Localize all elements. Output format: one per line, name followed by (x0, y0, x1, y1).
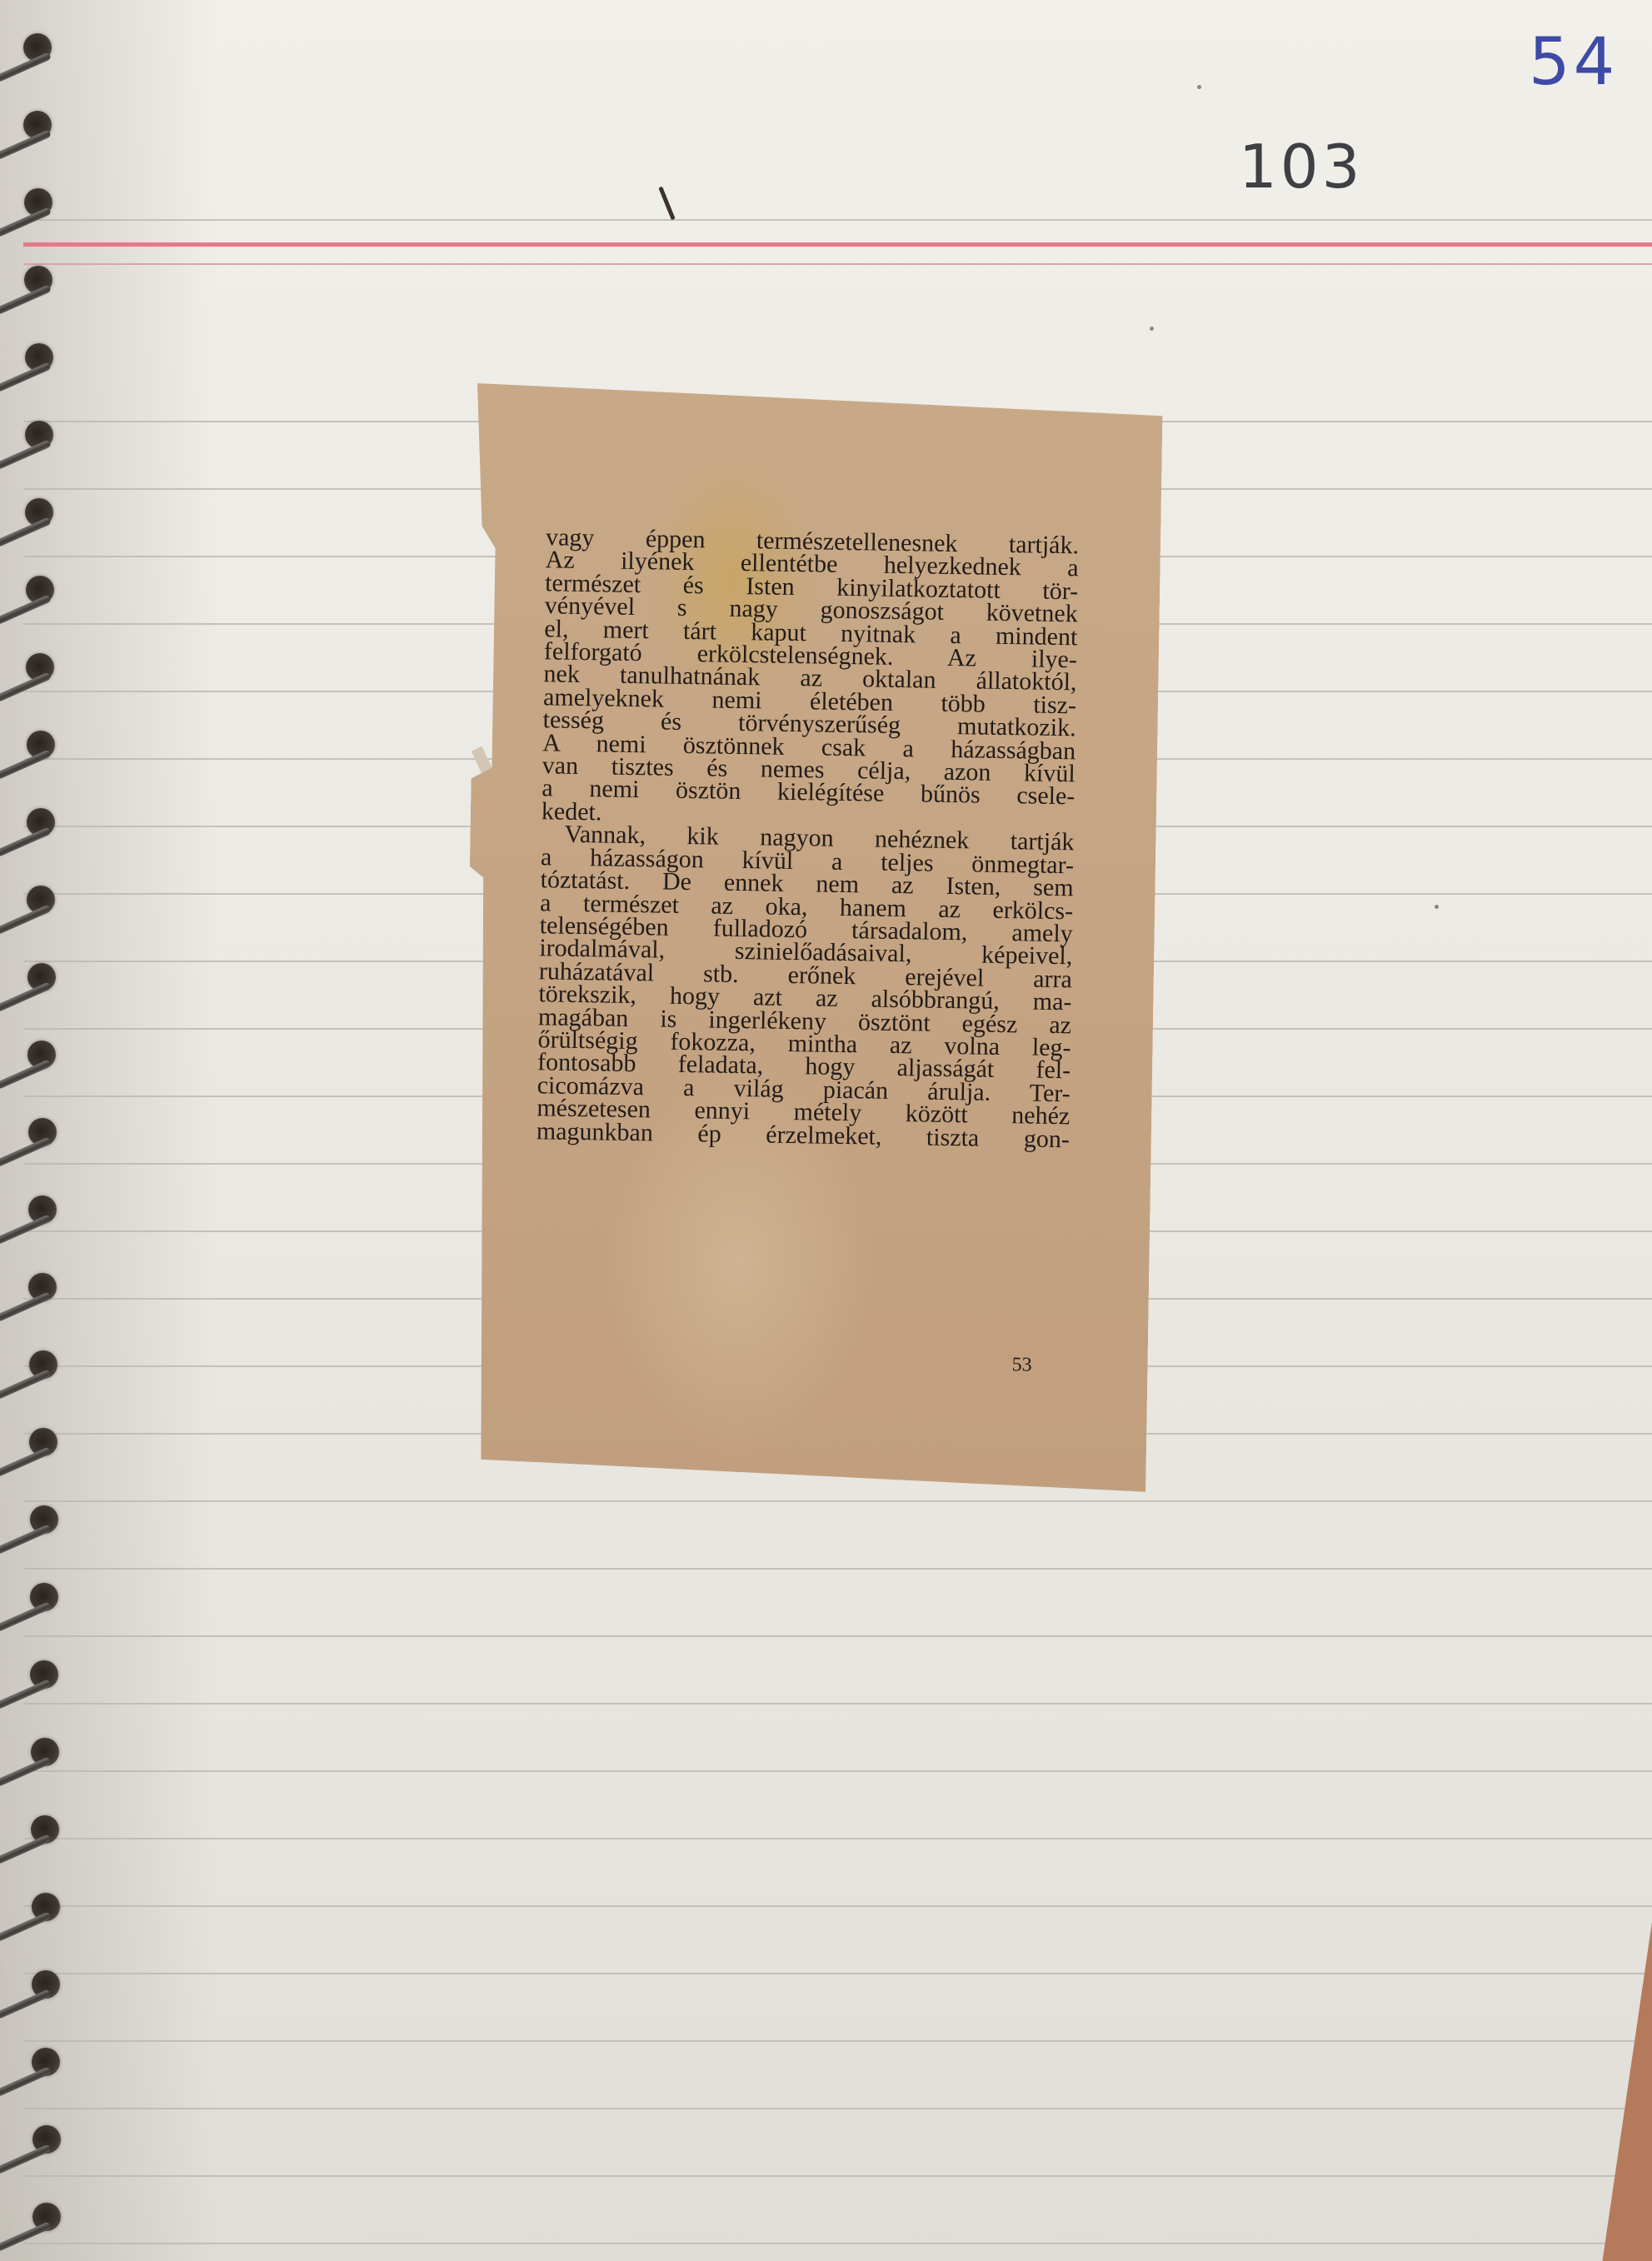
ruled-line (23, 1770, 1652, 1772)
spiral-binding (0, 0, 100, 2261)
spiral-wire-coil (0, 749, 52, 780)
paper-speck (1197, 85, 1201, 89)
ruled-line (23, 1635, 1652, 1637)
spiral-wire-coil (0, 594, 52, 625)
spiral-wire-coil (0, 1601, 52, 1632)
spiral-wire-coil (0, 1291, 52, 1322)
spiral-wire-coil (0, 52, 52, 82)
spiral-wire-coil (0, 1834, 52, 1864)
ruled-line (23, 1568, 1652, 1570)
spiral-wire-coil (0, 904, 52, 935)
ruled-line (23, 1838, 1652, 1839)
pasted-book-clipping: vagy éppen természetellenesnek tartják.A… (460, 383, 1163, 1492)
spiral-wire-coil (0, 2221, 52, 2252)
spiral-wire-coil (0, 362, 52, 392)
ruled-line (23, 2040, 1652, 2042)
spiral-wire-coil (0, 1446, 52, 1477)
spiral-wire-coil (0, 284, 52, 315)
paper-speck (1150, 327, 1154, 331)
spiral-wire-coil (0, 1756, 52, 1787)
printed-page-number: 53 (1011, 1354, 1031, 1376)
ruled-line (23, 1973, 1652, 1974)
pencil-mark (658, 187, 675, 221)
header-margin-line (23, 242, 1652, 247)
spiral-wire-coil (0, 1059, 52, 1090)
clipping-text: vagy éppen természetellenesnek tartják.A… (537, 526, 1080, 1150)
handwritten-page-number-pencil: 103 (1239, 132, 1363, 202)
spiral-wire-coil (0, 129, 52, 160)
handwritten-page-number-ink: 54 (1529, 25, 1618, 100)
spiral-wire-coil (0, 981, 52, 1012)
spiral-wire-coil (0, 207, 52, 237)
paper-speck (1435, 905, 1439, 909)
ruled-line (23, 2108, 1652, 2109)
ruled-line (23, 1703, 1652, 1704)
spiral-wire-coil (0, 1369, 52, 1400)
spiral-wire-coil (0, 826, 52, 857)
spiral-wire-coil (0, 439, 52, 470)
spiral-wire-coil (0, 1524, 52, 1555)
spiral-wire-coil (0, 1989, 52, 2019)
ruled-line (23, 2175, 1652, 2177)
spiral-wire-coil (0, 1214, 52, 1245)
spiral-wire-coil (0, 671, 52, 702)
spiral-wire-coil (0, 2144, 52, 2174)
ruled-line (23, 2243, 1652, 2244)
ruled-line (23, 1500, 1652, 1502)
spiral-wire-coil (0, 1911, 52, 1942)
paragraph-1: vagy éppen természetellenesnek tartják.A… (542, 526, 1080, 831)
spiral-wire-coil (0, 1679, 52, 1709)
paragraph-2: Vannak, kik nagyon nehéznek tartjáka ház… (537, 823, 1075, 1151)
ruled-line (23, 219, 1652, 221)
spiral-wire-coil (0, 2066, 52, 2097)
header-margin-line-thin (23, 263, 1652, 265)
text-line: magunkban ép érzelmeket, tiszta gon- (537, 1120, 1070, 1150)
spiral-wire-coil (0, 1136, 52, 1167)
ruled-line (23, 1905, 1652, 1907)
spiral-wire-coil (0, 517, 52, 547)
